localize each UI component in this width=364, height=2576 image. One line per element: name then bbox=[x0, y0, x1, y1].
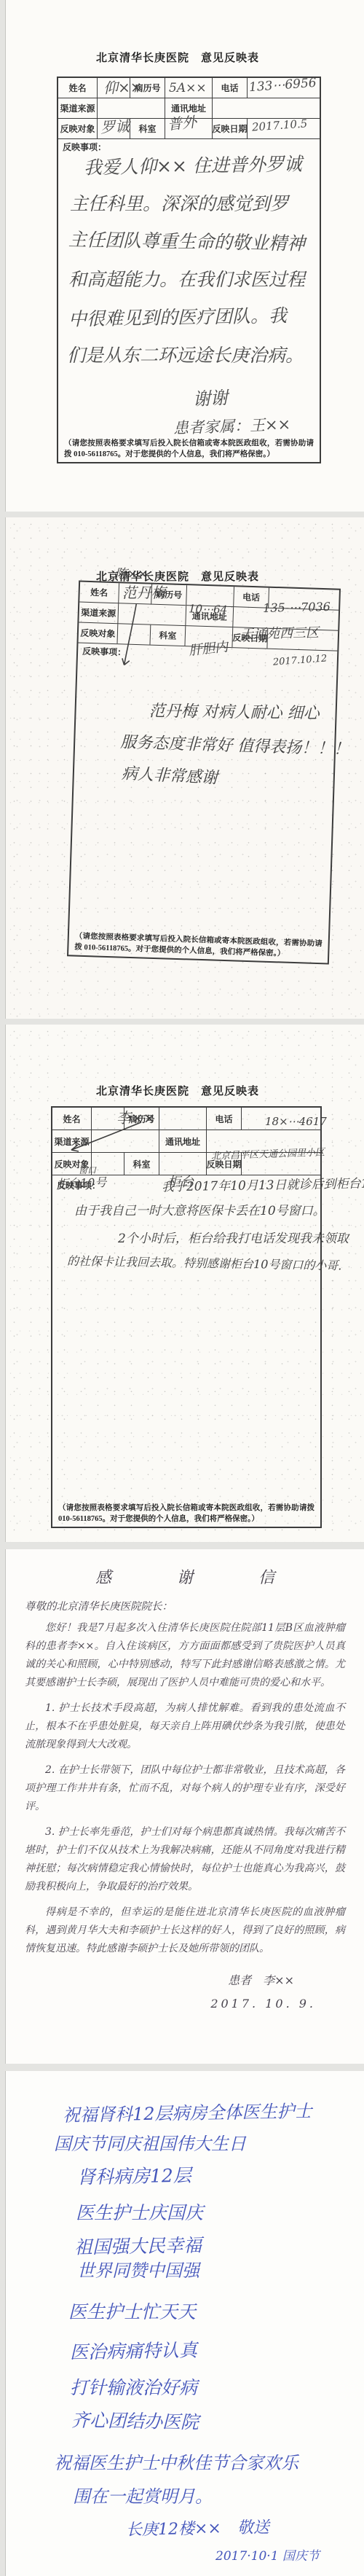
scanned-page-1-feedback-form: 北京清华长庚医院 意见反映表 姓名 病历号 电话 渠道来源 通讯地址 反映对象 … bbox=[6, 0, 364, 512]
matters-line: 病人非常感谢 bbox=[121, 766, 218, 786]
scanned-page-2-feedback-form: 北京清华长庚医院 意见反映表 陈×× 姓名 病历号 电话 渠道来源 通讯地址 反… bbox=[6, 517, 364, 1019]
matters-line: 由于我自己一时大意将医保卡丢在10号窗口。 bbox=[74, 1205, 325, 1218]
blue-note-line: 打针输液治好病 bbox=[70, 2379, 197, 2397]
department-field bbox=[159, 1153, 207, 1175]
matters-line: 的社保卡让我回去取。特别感谢柜台10号窗口的小哥. bbox=[67, 1256, 342, 1272]
matters-line: 我于2017年10月13日就诊后到柜台10号窗口交费， bbox=[162, 1177, 364, 1194]
handwritten-department: 普外 bbox=[167, 114, 197, 132]
matters-line: 主任科里。深深的感觉到罗 bbox=[70, 195, 288, 213]
blue-note-signature: 长庚12楼×× 敬送 bbox=[126, 2520, 269, 2538]
matters-line: 范丹梅 对病人耐心 细心 bbox=[149, 704, 319, 722]
letter-paragraph: 得病是不幸的，但幸运的是能住进北京清华长庚医院的血液肿瘤科，遇到黄月华大夫和李硕… bbox=[25, 1903, 345, 1958]
address-field bbox=[213, 98, 320, 119]
handwritten-target: 柜台10号 bbox=[57, 1177, 107, 1190]
letter-paragraph: 3. 护士长率先垂范，护士们对每个病患都真诚热情。我每次痛苦不堪时，护士们不仅从… bbox=[25, 1823, 345, 1896]
handwritten-name: 范丹梅 bbox=[122, 585, 166, 600]
letter-date: 2017. 10. 9. bbox=[25, 1997, 316, 2011]
label-name: 姓名 bbox=[79, 582, 119, 604]
label-target: 反映对象 bbox=[58, 119, 98, 138]
matters-line: 主任团队尊重生命的敬业精神 bbox=[68, 230, 305, 253]
handwritten-address: 天通苑西三区 bbox=[240, 627, 319, 641]
handwritten-phone: 18×⋯4617 bbox=[265, 1116, 327, 1127]
label-department: 科室 bbox=[130, 119, 165, 138]
scanned-page-3-feedback-form: 北京清华长庚医院 意见反映表 姓名 病历号 电话 渠道来源 通讯地址 反映对象 … bbox=[6, 1025, 364, 1542]
handwritten-signature: 患者家属：王×× bbox=[173, 417, 291, 436]
scanned-page-4-thank-you-letter: 感 谢 信 尊敬的北京清华长庚医院院长： 您好！我是7月起多次入住清华长庚医院住… bbox=[6, 1549, 364, 2064]
label-channel: 渠道来源 bbox=[58, 98, 98, 119]
letter-body: 感 谢 信 尊敬的北京清华长庚医院院长： 您好！我是7月起多次入住清华长庚医院住… bbox=[6, 1549, 364, 2064]
hand-drawn-arrow bbox=[66, 1118, 147, 1156]
label-address: 通讯地址 bbox=[159, 1130, 207, 1153]
target-field bbox=[92, 1153, 124, 1175]
letter-paragraph: 您好！我是7月起多次入住清华长庚医院住院部11层B区血液肿瘤科的患者李××。自入… bbox=[25, 1619, 345, 1692]
form-title: 北京清华长庚医院 意见反映表 bbox=[6, 1083, 349, 1098]
letter-salutation: 尊敬的北京清华长庚医院院长： bbox=[25, 1598, 345, 1613]
blue-note-line: 围在一起赏明月。 bbox=[73, 2488, 213, 2505]
matters-line: 中很难见到的医疗团队。我 bbox=[68, 306, 287, 328]
scanned-page-5-blue-note: 祝福肾科12层病房全体医生护士 国庆节同庆祖国伟大生日 肾科病房12层 医生护士… bbox=[6, 2071, 364, 2576]
label-date: 反映日期 bbox=[213, 119, 248, 138]
matters-line: 2个小时后，柜台给我打电话发现我未领取 bbox=[118, 1233, 349, 1245]
label-department: 科室 bbox=[124, 1153, 159, 1175]
blue-note-line: 医治病痛特认真 bbox=[70, 2341, 197, 2361]
blue-note-line: 肾科病房12层 bbox=[77, 2166, 191, 2187]
blue-note-line: 祝福肾科12层病房全体医生护士 bbox=[63, 2102, 312, 2124]
feedback-form-2: 姓名 病历号 电话 渠道来源 通讯地址 反映对象 科室 反映日期 反映事项： 范… bbox=[67, 580, 341, 964]
blue-note-line: 齐心团结办医院 bbox=[71, 2411, 199, 2431]
form-footer-note: （请您按照表格要求填写后投入院长信箱或寄本院医政组收，若需协助请拨 010-56… bbox=[58, 1503, 314, 1524]
blue-note-line: 祝福医生护士中秋佳节合家欢乐 bbox=[54, 2454, 298, 2472]
form-footer-note: （请您按照表格要求填写后投入院长信箱或寄本院医政组收，若需协助请拨 010-56… bbox=[64, 438, 314, 460]
form-footer-note: （请您按照表格要求填写后投入院长信箱或寄本院医政组收，若需协助请拨 010-56… bbox=[74, 931, 323, 961]
channel-field bbox=[98, 98, 165, 119]
label-target: 反映对象 bbox=[79, 623, 119, 644]
handwritten-date: 2017.10.12 bbox=[273, 654, 328, 667]
blue-note-line: 世界同赞中国强 bbox=[77, 2262, 199, 2279]
blue-note-line: 祖国强大民幸福 bbox=[74, 2236, 202, 2256]
handwritten-phone: 135-⋯7036 bbox=[263, 601, 331, 614]
handwritten-target: 罗诚 bbox=[100, 119, 130, 135]
handwritten-target-note: 窗口 bbox=[79, 1166, 96, 1175]
label-phone: 电话 bbox=[207, 1108, 242, 1130]
handwritten-annotation: 陈×× bbox=[115, 568, 149, 581]
blue-note-line: 医生护士庆国庆 bbox=[76, 2204, 203, 2222]
label-name: 姓名 bbox=[58, 78, 98, 98]
letter-paragraph: 1. 护士长技术手段高超，为病人排忧解难。看到我的患处流血不止，根本不在乎患处脏… bbox=[25, 1699, 345, 1754]
handwritten-record-no: 5A×× bbox=[169, 82, 207, 95]
record-no-field bbox=[159, 1108, 207, 1130]
form-title: 北京清华长庚医院 意见反映表 bbox=[6, 50, 349, 65]
label-phone: 电话 bbox=[213, 78, 248, 98]
feedback-form-1: 姓名 病历号 电话 渠道来源 通讯地址 反映对象 科室 反映日期 反映事项： 仰… bbox=[57, 77, 321, 463]
label-department: 科室 bbox=[150, 625, 186, 646]
feedback-form-3: 姓名 病历号 电话 渠道来源 通讯地址 反映对象 科室 反映日期 反映事项： 李… bbox=[51, 1106, 322, 1528]
blue-note-line: 国庆节同庆祖国伟大生日 bbox=[54, 2135, 246, 2153]
blue-note-date: 2017·10·1 国庆节 bbox=[215, 2550, 320, 2563]
handwritten-record-no: 10⋯64 bbox=[189, 603, 228, 616]
form-title: 北京清华长庚医院 意见反映表 bbox=[6, 568, 349, 584]
matters-line: 服务态度非常好 值得表扬！！！ bbox=[120, 735, 350, 758]
letter-paragraph: 2. 在护士长带领下，团队中每位护士都非常敬业，且技术高超，各项护理工作井井有条… bbox=[25, 1761, 345, 1816]
handwritten-closing: 谢谢 bbox=[192, 389, 228, 408]
handwritten-name: 仰×× bbox=[103, 79, 143, 95]
letter-signature: 患者 李×× bbox=[25, 1971, 294, 1988]
label-channel: 渠道来源 bbox=[79, 603, 119, 625]
matters-line: 我爱人仰×× 住进普外罗诚 bbox=[84, 154, 302, 176]
hand-drawn-arrow bbox=[115, 602, 146, 676]
handwritten-department: 肝胆内 bbox=[188, 641, 229, 658]
matters-line: 们是从东二环远途长庚治病。 bbox=[67, 346, 304, 364]
label-matters: 反映事项： bbox=[63, 141, 106, 153]
blue-note-line: 医生护士忙天天 bbox=[68, 2303, 196, 2321]
letter-title: 感 谢 信 bbox=[50, 1565, 345, 1588]
matters-line: 和高超能力。在我们求医过程 bbox=[68, 270, 305, 289]
